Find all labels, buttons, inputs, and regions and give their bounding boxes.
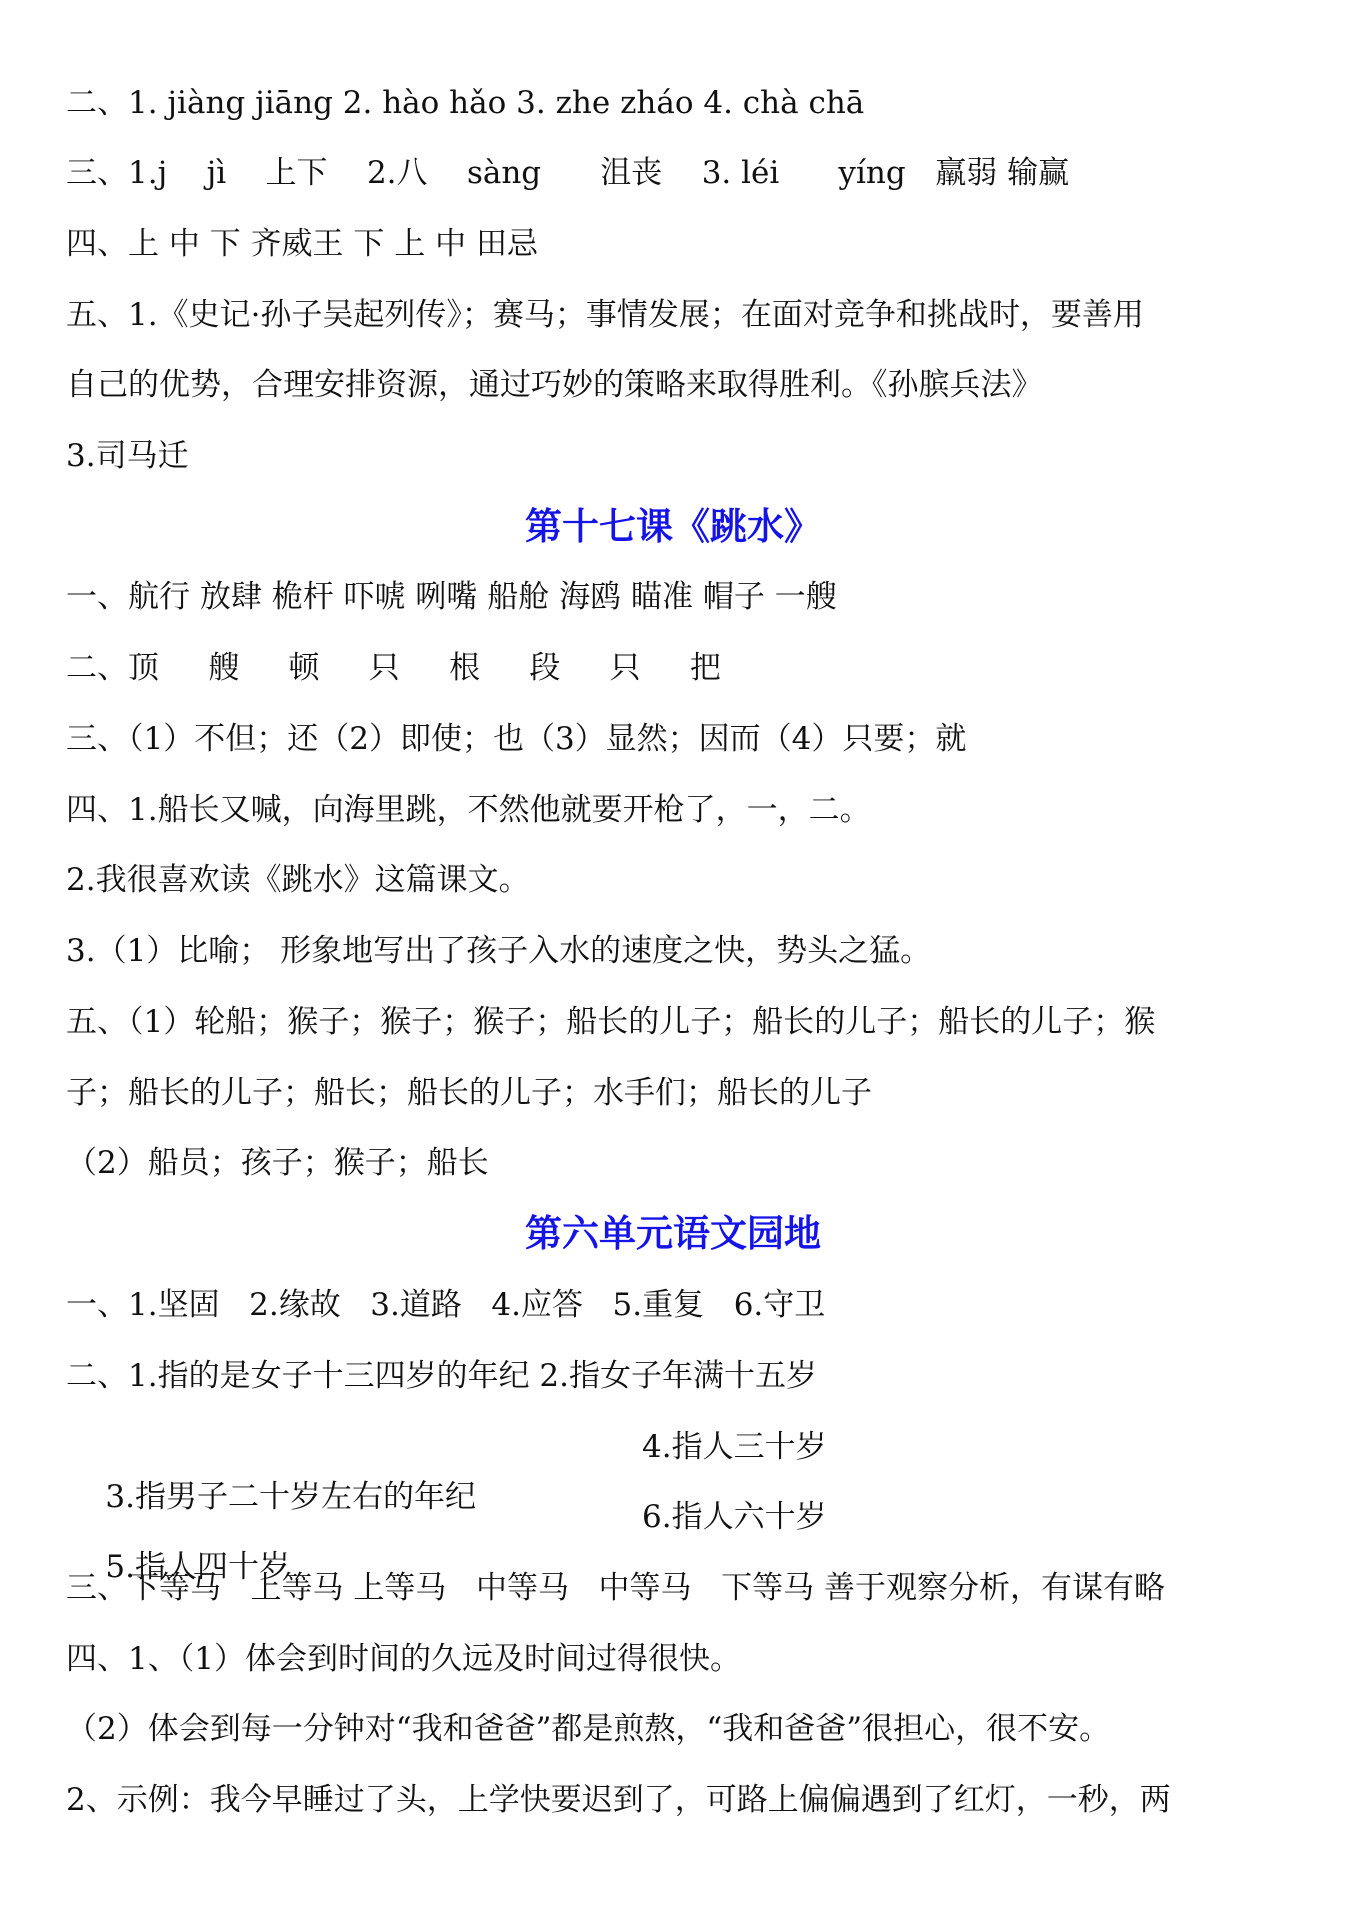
lesson-17-rewrite-line: 四、1.船长又喊，向海里跳，不然他就要开枪了，一，二。 xyxy=(66,785,871,835)
unit-6-time-feeling-line-2: （2）体会到每一分钟对“我和爸爸”都是煎熬，“我和爸爸”很担心，很不安。 xyxy=(66,1704,1110,1754)
unit-6-time-feeling-line-1: 四、1、（1）体会到时间的久远及时间过得很快。 xyxy=(66,1634,741,1684)
unit-6-age-row-1: 3.指男子二十岁左右的年纪 4.指人三十岁 xyxy=(66,1422,476,1472)
lesson-17-roles-line: （2）船员；孩子；猴子；船长 xyxy=(66,1138,489,1188)
lesson-17-vocab-line: 一、航行 放肆 桅杆 吓唬 咧嘴 船舱 海鸥 瞄准 帽子 一艘 xyxy=(66,572,837,622)
unit-6-heading: 第六单元语文园地 xyxy=(0,1206,1346,1262)
unit-6-words-line: 一、1.坚固 2.缘故 3.道路 4.应答 5.重复 6.守卫 xyxy=(66,1280,825,1330)
lesson-17-rhetoric-line: 3.（1）比喻； 形象地写出了孩子入水的速度之快，势头之猛。 xyxy=(66,926,931,976)
answer-key-page: 二、1. jiàng jiāng 2. hào hǎo 3. zhe zháo … xyxy=(0,0,1346,1908)
answer-line-reading-1: 五、1.《史记·孙子吴起列传》；赛马；事情发展；在面对竞争和挑战时，要善用 xyxy=(66,290,1144,340)
lesson-17-characters-line-1: 五、（1）轮船；猴子；猴子；猴子；船长的儿子；船长的儿子；船长的儿子；猴 xyxy=(66,997,1155,1047)
answer-line-horse-order: 四、上 中 下 齐威王 下 上 中 田忌 xyxy=(66,219,538,269)
lesson-17-measure-words-line: 二、顶 艘 顿 只 根 段 只 把 xyxy=(66,643,721,693)
unit-6-horse-strategy-line: 三、下等马 上等马 上等马 中等马 中等马 下等马 善于观察分析，有谋有略 xyxy=(66,1563,1165,1613)
unit-6-age-row-2: 5.指人四十岁 6.指人六十岁 xyxy=(66,1492,290,1542)
lesson-17-characters-line-2: 子；船长的儿子；船长；船长的儿子；水手们；船长的儿子 xyxy=(66,1068,872,1118)
answer-line-pinyin: 二、1. jiàng jiāng 2. hào hǎo 3. zhe zháo … xyxy=(66,78,864,128)
age-item-6: 6.指人六十岁 xyxy=(642,1492,827,1542)
lesson-17-opinion-line: 2.我很喜欢读《跳水》这篇课文。 xyxy=(66,855,530,905)
unit-6-example-line: 2、示例：我今早睡过了头，上学快要迟到了，可路上偏偏遇到了红灯，一秒，两 xyxy=(66,1775,1171,1825)
answer-line-reading-2: 自己的优势，合理安排资源，通过巧妙的策略来取得胜利。《孙膑兵法》 xyxy=(66,360,1043,410)
age-item-4: 4.指人三十岁 xyxy=(642,1422,827,1472)
unit-6-age-terms-line: 二、1.指的是女子十三四岁的年纪 2.指女子年满十五岁 xyxy=(66,1351,817,1401)
answer-line-author: 3.司马迁 xyxy=(66,431,189,481)
lesson-17-conjunctions-line: 三、（1）不但；还（2）即使；也（3）显然；因而（4）只要；就 xyxy=(66,714,966,764)
lesson-17-heading: 第十七课《跳水》 xyxy=(0,499,1346,555)
answer-line-polyphones: 三、1.j jì 上下 2.八 sàng 沮丧 3. léi yíng 羸弱 输… xyxy=(66,148,1069,198)
